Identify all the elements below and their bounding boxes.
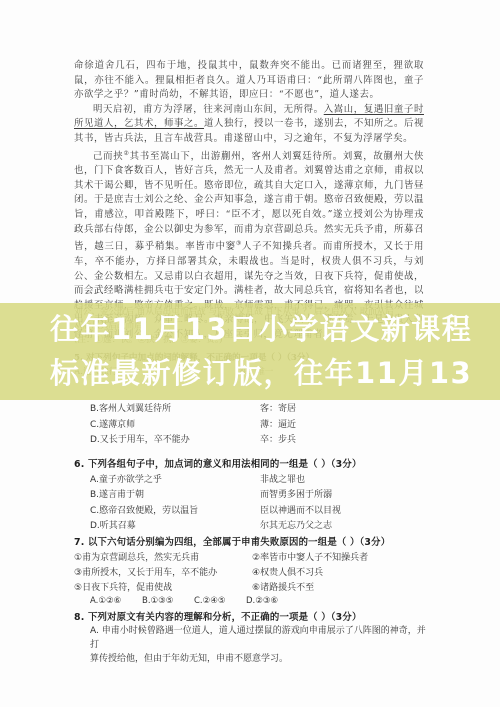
banner-title: 往年11月13日小学语文新课程 标准最新修订版，往年11月13 bbox=[50, 307, 500, 395]
option-left: A.童子亦欲学之乎 bbox=[90, 472, 260, 485]
q7-choice-a: A.①②⑥ bbox=[90, 596, 142, 606]
question-8-title: 8. 下列对原文有关内容的理解和分析，不正确的一项是（ ）（3分） bbox=[74, 608, 454, 624]
passage-paragraph-2: 明天启初，甫方为浮屠，往来河南山东间，无所得。入嵩山，复遇旧童子时所见道人，乞其… bbox=[74, 103, 424, 147]
q7-choices: A.①②⑥ B.①③⑤ C.②④⑤ D.②③⑥ bbox=[74, 594, 454, 608]
paragraph-2-start: 明天启初，甫方为浮屠，往来河南山东间，无所得。 bbox=[93, 104, 324, 115]
option-left: D.听其召募 bbox=[90, 518, 260, 531]
q7-item-row: ⑤日夜下兵符，促甫使战 ⑥诸路援兵不至 bbox=[74, 579, 454, 594]
paragraph-3-start: 己而挟 bbox=[93, 151, 123, 162]
q5-option-d: D.又长于用车，卒不能办 卒：步兵 bbox=[74, 431, 454, 447]
option-right: 而智勇多困于所溺 bbox=[260, 487, 332, 500]
q7-item-row: ③甫所授木，又长于用车，卒不能办 ④权贵人俱不习兵 bbox=[74, 564, 454, 579]
option-right: 尔其无忘乃父之志 bbox=[260, 518, 332, 531]
option-right: 非战之罪也 bbox=[260, 472, 305, 485]
q6-option-a: A.童子亦欲学之乎 非战之罪也 bbox=[74, 471, 454, 487]
option-left: B.遂言甫于朝 bbox=[90, 487, 260, 500]
q6-option-b: B.遂言甫于朝 而智勇多困于所溺 bbox=[74, 486, 454, 502]
q8-option-a: A. 申甫小时候曾路遇一位道人，道人通过摆鼠的游戏向申甫展示了八阵图的神奇，并打… bbox=[74, 624, 430, 666]
q7-item: ②率皆市中窭人子不知操兵者 bbox=[252, 550, 368, 563]
option-left: C.遂薄京师 bbox=[90, 417, 260, 430]
question-6-title: 6. 下列各组句子中，加点词的意义和用法相同的一组是（ ）（3分） bbox=[74, 455, 454, 471]
option-left: C.愍帝召致便殿，劳以温旨 bbox=[90, 503, 260, 516]
exam-page: 命徐道舍几石，四布于地，投鼠其中，鼠数奔突不能出。已而诸狸至，狸欲取鼠，亦往不能… bbox=[0, 0, 500, 707]
option-right: 卒：步兵 bbox=[260, 432, 296, 445]
q7-item-row: ①甫为京营副总兵，然实无兵甫 ②率皆市中窭人子不知操兵者 bbox=[74, 549, 454, 564]
q7-choice-d: D.②③⑥ bbox=[246, 596, 298, 606]
passage-paragraph-1: 命徐道舍几石，四布于地，投鼠其中，鼠数奔突不能出。已而诸狸至，狸欲取鼠，亦往不能… bbox=[74, 59, 424, 103]
banner-title-line-1: 往年11月13日小学语文新课程 bbox=[50, 307, 500, 351]
banner-title-line-2: 标准最新修订版，往年11月13 bbox=[50, 351, 500, 395]
q6-option-d: D.听其召募 尔其无忘乃父之志 bbox=[74, 517, 454, 533]
option-left: B.客州人刘翼廷待所 bbox=[90, 401, 260, 414]
q7-item: ③甫所授木，又长于用车，卒不能办 bbox=[74, 565, 252, 578]
q7-choice-b: B.①③⑤ bbox=[142, 596, 194, 606]
q8-option-a-line-2: 算传授给他，但由于年幼无知，申甫不愿意学习。 bbox=[90, 652, 430, 666]
option-right: 客：寄居 bbox=[260, 401, 296, 414]
q7-item: ④权贵人俱不习兵 bbox=[252, 565, 323, 578]
q6-option-c: C.愍帝召致便殿，劳以温旨 臣以神遇而不以目视 bbox=[74, 502, 454, 518]
q7-item: ①甫为京营副总兵，然实无兵甫 bbox=[74, 550, 252, 563]
q5-option-c: C.遂薄京师 薄：逼近 bbox=[74, 416, 454, 432]
q5-option-b: B.客州人刘翼廷待所 客：寄居 bbox=[74, 400, 454, 416]
option-left: D.又长于用车，卒不能办 bbox=[90, 432, 260, 445]
q7-item: ⑥诸路援兵不至 bbox=[252, 580, 314, 593]
option-right: 薄：逼近 bbox=[260, 417, 296, 430]
question-7-title: 7. 以下六句话分别编为四组，全部属于申甫失败原因的一组是（ ）（3分） bbox=[74, 533, 454, 549]
q7-item: ⑤日夜下兵符，促甫使战 bbox=[74, 580, 252, 593]
questions-section: B.客州人刘翼廷待所 客：寄居 C.遂薄京师 薄：逼近 D.又长于用车，卒不能办… bbox=[74, 400, 454, 666]
option-right: 臣以神遇而不以目视 bbox=[260, 503, 341, 516]
q7-choice-c: C.②④⑤ bbox=[194, 596, 246, 606]
q8-option-a-line-1: A. 申甫小时候曾路遇一位道人，道人通过摆鼠的游戏向申甫展示了八阵图的神奇，并打 bbox=[90, 624, 430, 652]
paragraph-3-mid: 其书至嵩山下，出游蒯州，客州人刘翼廷待所。刘翼，故蒯州大侠也，门下食客数百人，皆… bbox=[74, 151, 424, 253]
classical-passage: 命徐道舍几石，四布于地，投鼠其中，鼠数奔突不能出。已而诸狸至，狸欲取鼠，亦往不能… bbox=[74, 59, 424, 343]
